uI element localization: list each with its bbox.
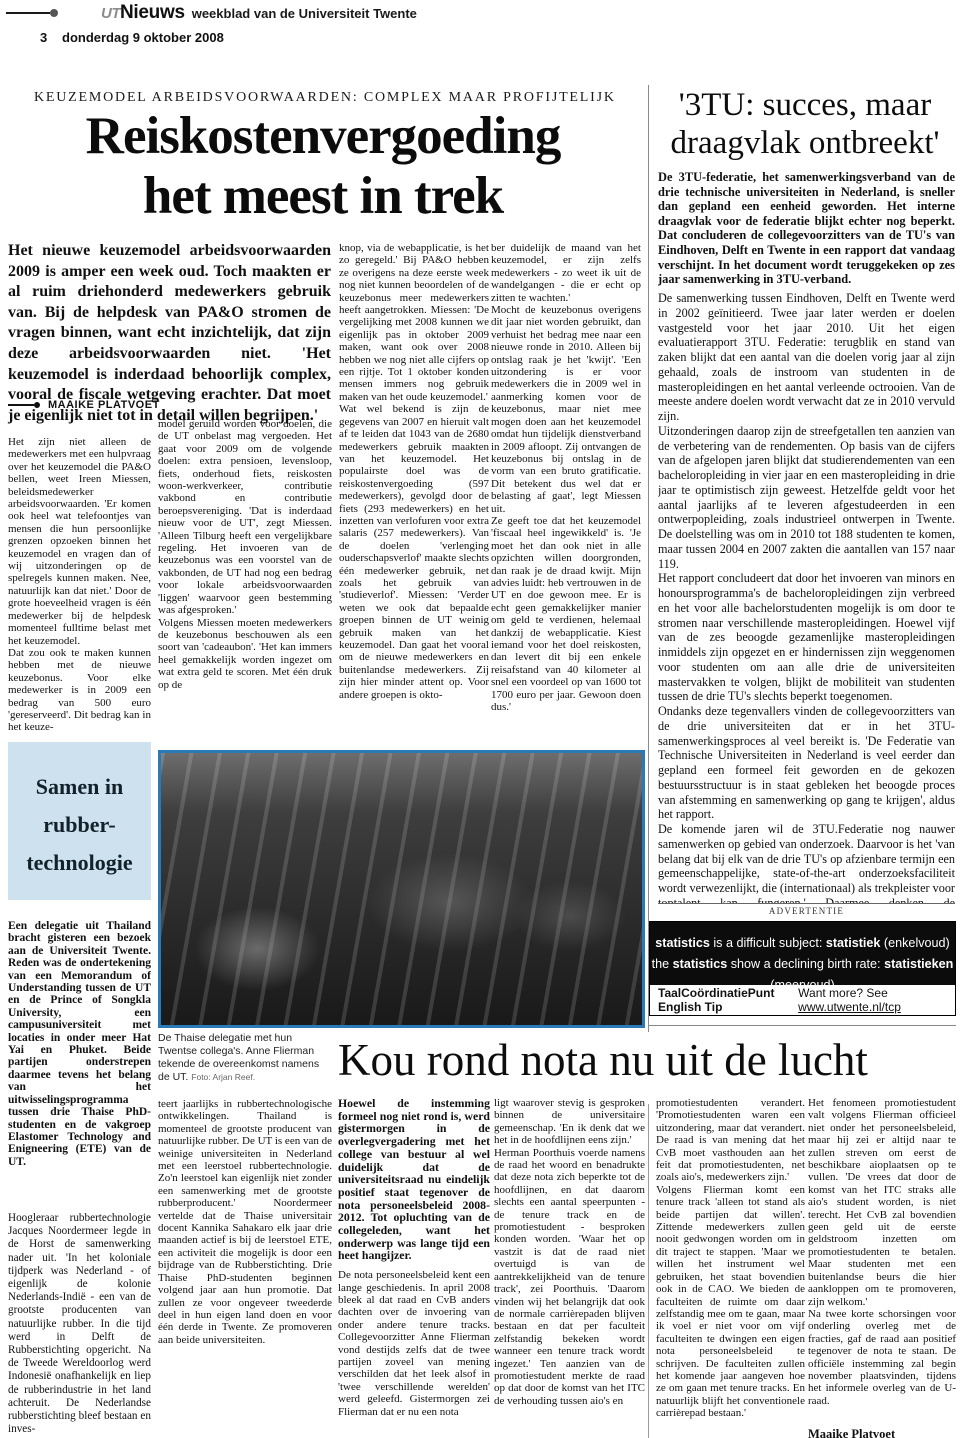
page-number: 3 (40, 30, 47, 45)
tu-article-intro: De 3TU-federatie, het samenwerkingsverba… (658, 170, 955, 287)
brand-ut: UT (101, 5, 120, 22)
brand-nieuws: Nieuws (120, 2, 185, 23)
advert-box: statistics is a difficult subject: stati… (649, 921, 956, 1016)
advert-label: ADVERTENTIE (658, 906, 955, 916)
advert-bottom-rule (649, 1025, 956, 1026)
main-article-headline: Reiskostenvergoeding het meest in trek (6, 106, 640, 226)
advert-footer-tip: TaalCoördinatiePunt English Tip (658, 986, 798, 1014)
nota-article-column-4-body: Het fenomeen promotiestudent valt volgen… (808, 1097, 956, 1407)
main-article-kicker: KEUZEMODEL ARBEIDSVOORWAARDEN: COMPLEX M… (34, 90, 644, 106)
masthead-bullet-icon (50, 9, 58, 17)
headline-line1: Reiskostenvergoeding (6, 106, 640, 166)
nota-article-column-1-body: De nota personeelsbeleid kent een lange … (338, 1269, 490, 1418)
vertical-divider-top (648, 85, 649, 1032)
advert-footer-text: Want more? See (798, 986, 888, 1000)
rubber-headline-line2: rubber- (8, 806, 151, 844)
main-article-column-3: knop, via de webapplicatie, is het zo ge… (339, 242, 489, 747)
byline-bullet-icon (34, 402, 40, 408)
advert-line2-text0: the (652, 957, 673, 971)
rubber-headline-line3: technologie (8, 844, 151, 882)
main-article-column-2: model geruild worden voor doelen, die de… (158, 418, 332, 748)
byline-author: MAAIKE PLATVOET (48, 399, 160, 411)
headline-line2: het meest in trek (6, 166, 640, 226)
nota-article-column-2-body: ligt waarover stevig is gesproken binnen… (494, 1097, 645, 1407)
advert-top-rule (658, 903, 955, 904)
masthead-rule (6, 12, 50, 14)
advert-link[interactable]: www.utwente.nl/tcp (798, 1000, 901, 1014)
rubber-headline-line1: Samen in (8, 768, 151, 806)
advert-footer: TaalCoördinatiePunt English Tip Want mor… (650, 985, 955, 1015)
advert-line1-text1: is a difficult subject: (710, 936, 826, 950)
nota-article-signature: Maaike Platvoet (808, 1427, 956, 1438)
rubber-article-intro: Een delegatie uit Thailand bracht gister… (8, 920, 151, 1206)
tu-article-body: De samenwerking tussen Eindhoven, Delft … (658, 291, 955, 903)
nota-article-column-2: ligt waarover stevig is gesproken binnen… (494, 1097, 645, 1438)
advert-line1: statistics is a difficult subject: stati… (650, 933, 955, 954)
newspaper-page: UTNieuwsweekblad van de Universiteit Twe… (0, 0, 960, 1438)
delegation-photo (158, 750, 645, 1028)
tu-headline-line1: '3TU: succes, maar (655, 86, 955, 124)
byline: MAAIKE PLATVOET (8, 399, 160, 411)
main-article-column-1: Het zijn niet alleen de medewerkers met … (8, 436, 151, 742)
vertical-divider-bottom (648, 1104, 649, 1438)
nota-article-headline: Kou rond nota nu uit de lucht (338, 1034, 960, 1086)
advert-line1-text2: (enkelvoud) (880, 936, 949, 950)
tu-article-headline: '3TU: succes, maar draagvlak ontbreekt' (655, 86, 955, 162)
advert-footer-more: Want more? See www.utwente.nl/tcp (798, 986, 947, 1014)
nota-article-column-3: promotiestudenten verandert. 'Promotiest… (656, 1097, 805, 1438)
main-article-column-4: ber duidelijk de maand van het keuzemode… (491, 242, 641, 747)
advert-line2-bold1: statistics (673, 957, 728, 971)
advert-line1-bold1: statistics (655, 936, 710, 950)
tu-headline-line2: draagvlak ontbreekt' (655, 124, 955, 162)
brand-tagline: weekblad van de Universiteit Twente (192, 6, 417, 21)
nota-article-intro: Hoewel de instemming formeel nog niet ro… (338, 1097, 490, 1262)
advert-line2-text1: show a declining birth rate: (727, 957, 884, 971)
rubber-article-column-2: teert jaarlijks in rubbertechnologische … (158, 1098, 332, 1403)
photo-credit: Foto: Arjan Reef. (191, 1072, 255, 1082)
photo-caption: De Thaise delegatie met hun Twentse coll… (158, 1032, 331, 1084)
advert-body: statistics is a difficult subject: stati… (650, 922, 955, 985)
issue-date: donderdag 9 oktober 2008 (62, 30, 224, 45)
nota-article-column-1: Hoewel de instemming formeel nog niet ro… (338, 1097, 490, 1438)
advert-line2-bold2: statistieken (884, 957, 953, 971)
rubber-article-headline-box: Samen in rubber- technologie (8, 742, 151, 900)
byline-rule (8, 404, 34, 406)
masthead-brand: UTNieuwsweekblad van de Universiteit Twe… (101, 2, 417, 24)
nota-article-column-3-body: promotiestudenten verandert. 'Promotiest… (656, 1097, 805, 1420)
rubber-article-column-1: Hoogleraar rubbertechnologie Jacques Noo… (8, 1212, 151, 1438)
nota-article-column-4: Het fenomeen promotiestudent valt volgen… (808, 1097, 956, 1438)
advert-line1-bold2: statistiek (826, 936, 881, 950)
